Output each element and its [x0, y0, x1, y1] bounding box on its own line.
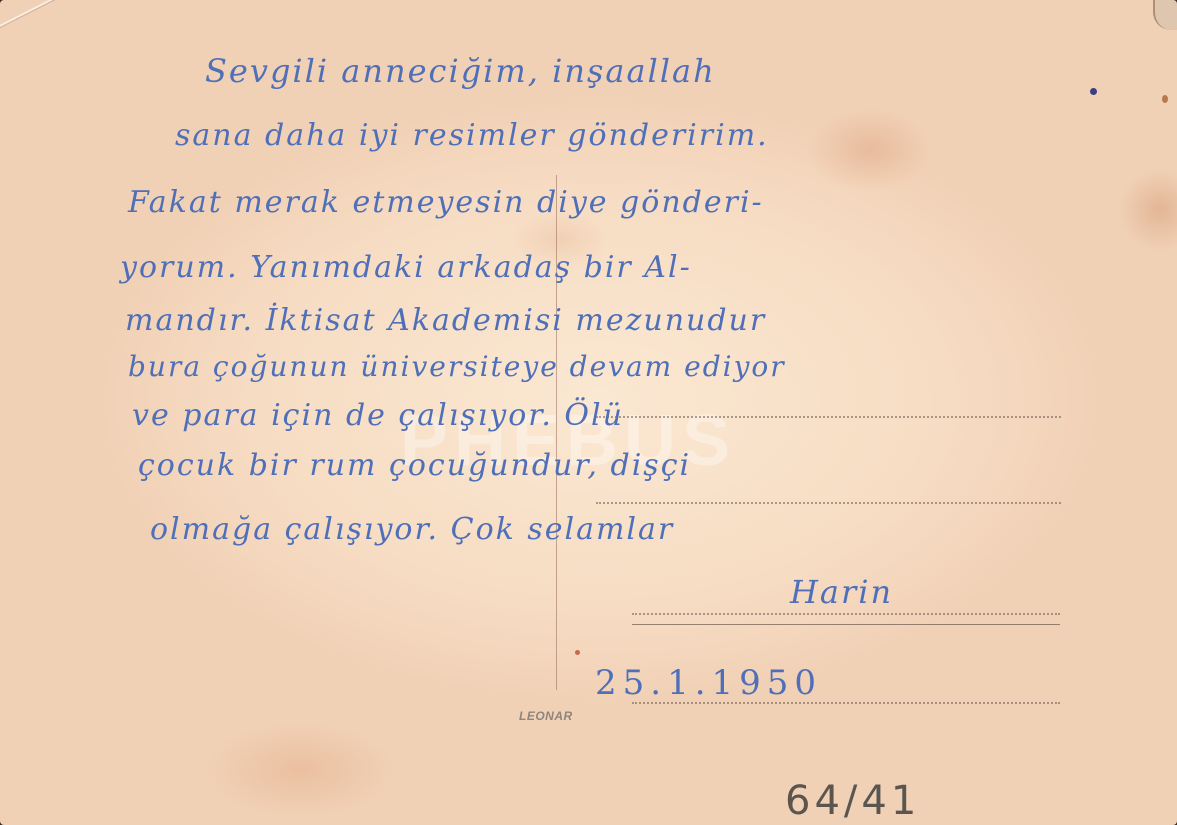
ink-spot — [1090, 88, 1097, 95]
message-line-2: sana daha iyi resimler gönderirim. — [175, 118, 769, 153]
message-line-3: Fakat merak etmeyesin diye gönderi- — [128, 185, 764, 220]
signature: Harin — [790, 573, 893, 611]
message-line-8: çocuk bir rum çocuğundur, dişçi — [138, 448, 691, 483]
address-line-2 — [596, 502, 1061, 504]
stain-spot — [575, 650, 580, 655]
publisher-imprint: LEONAR — [519, 709, 573, 723]
message-line-5: mandır. İktisat Akademisi mezunudur — [125, 303, 766, 338]
postcard-back: PHEBUS Sevgili anneciğim, inşaallah sana… — [0, 0, 1177, 825]
address-line-solid — [632, 624, 1060, 625]
message-line-4: yorum. Yanımdaki arkadaş bir Al- — [120, 250, 692, 285]
stain-spot — [1162, 95, 1168, 103]
message-line-6: bura çoğunun üniversiteye devam ediyor — [128, 350, 786, 383]
message-line-7: ve para için de çalışıyor. Ölü — [132, 398, 624, 433]
date: 25.1.1950 — [595, 663, 822, 703]
message-line-1: Sevgili anneciğim, inşaallah — [205, 52, 716, 90]
archive-number: 64/41 — [785, 778, 920, 824]
address-line-1 — [596, 416, 1061, 418]
message-line-9: olmağa çalışıyor. Çok selamlar — [150, 512, 674, 547]
address-line-3 — [632, 613, 1060, 615]
corner-wear — [1153, 0, 1177, 30]
paper-crease — [0, 0, 124, 32]
